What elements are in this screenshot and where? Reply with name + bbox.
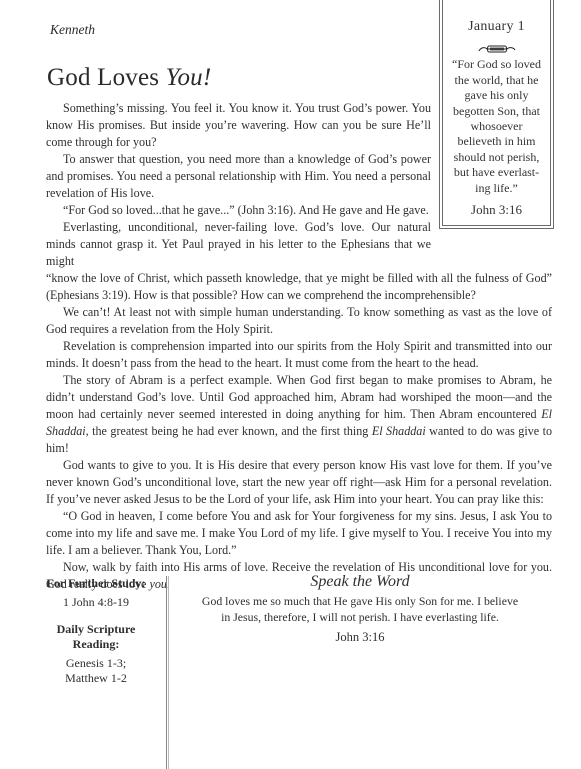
paragraph: “know the love of Christ, which passeth … — [46, 270, 552, 304]
paragraph: “For God so loved...that he gave...” (Jo… — [46, 202, 431, 219]
italic-name: El Shaddai — [372, 424, 426, 438]
daily-reading-heading: Daily Scripture Reading: — [36, 622, 156, 652]
heading-line: Reading: — [36, 637, 156, 652]
speak-the-word-section: Speak the Word God loves me so much that… — [190, 572, 530, 645]
title-italic: You! — [166, 64, 212, 91]
text-run: The story of Abram is a perfect example.… — [46, 373, 552, 421]
paragraph: We can’t! At least not with simple human… — [46, 304, 552, 338]
verse-line: “For God so loved — [449, 57, 544, 72]
further-study-heading: For Further Study: — [36, 576, 156, 591]
paragraph: Something’s missing. You feel it. You kn… — [46, 100, 431, 151]
speak-heading: Speak the Word — [190, 572, 530, 592]
further-study-reference: 1 John 4:8-19 — [36, 595, 156, 610]
devotional-body: Something’s missing. You feel it. You kn… — [46, 100, 552, 593]
paragraph: God wants to give to you. It is His desi… — [46, 457, 552, 508]
column-divider — [166, 576, 169, 769]
daily-reading-references: Genesis 1-3; Matthew 1-2 — [36, 656, 156, 686]
paragraph: “O God in heaven, I come before You and … — [46, 508, 552, 559]
paragraph: To answer that question, you need more t… — [46, 151, 431, 202]
date-label: January 1 — [443, 19, 550, 34]
verse-line: the world, that he — [449, 73, 544, 88]
author-name: Kenneth — [50, 22, 95, 38]
paragraph: The story of Abram is a perfect example.… — [46, 372, 552, 457]
title-plain: God Loves — [47, 64, 166, 91]
paragraph: Everlasting, unconditional, never-failin… — [46, 219, 431, 270]
heading-line: Daily Scripture — [36, 622, 156, 637]
confession-line: God loves me so much that He gave His on… — [190, 593, 530, 609]
text-run: , the greatest being he had ever known, … — [86, 424, 372, 438]
speak-confession: God loves me so much that He gave His on… — [190, 593, 530, 625]
reading-ref: Genesis 1-3; — [36, 656, 156, 671]
confession-line: in Jesus, therefore, I will not perish. … — [190, 609, 530, 625]
reading-ref: Matthew 1-2 — [36, 671, 156, 686]
paragraph: Revelation is comprehension imparted int… — [46, 338, 552, 372]
speak-reference: John 3:16 — [190, 630, 530, 645]
flourish-ornament-icon — [477, 43, 517, 55]
study-column: For Further Study: 1 John 4:8-19 Daily S… — [36, 576, 156, 686]
page-title: God Loves You! — [47, 64, 211, 92]
